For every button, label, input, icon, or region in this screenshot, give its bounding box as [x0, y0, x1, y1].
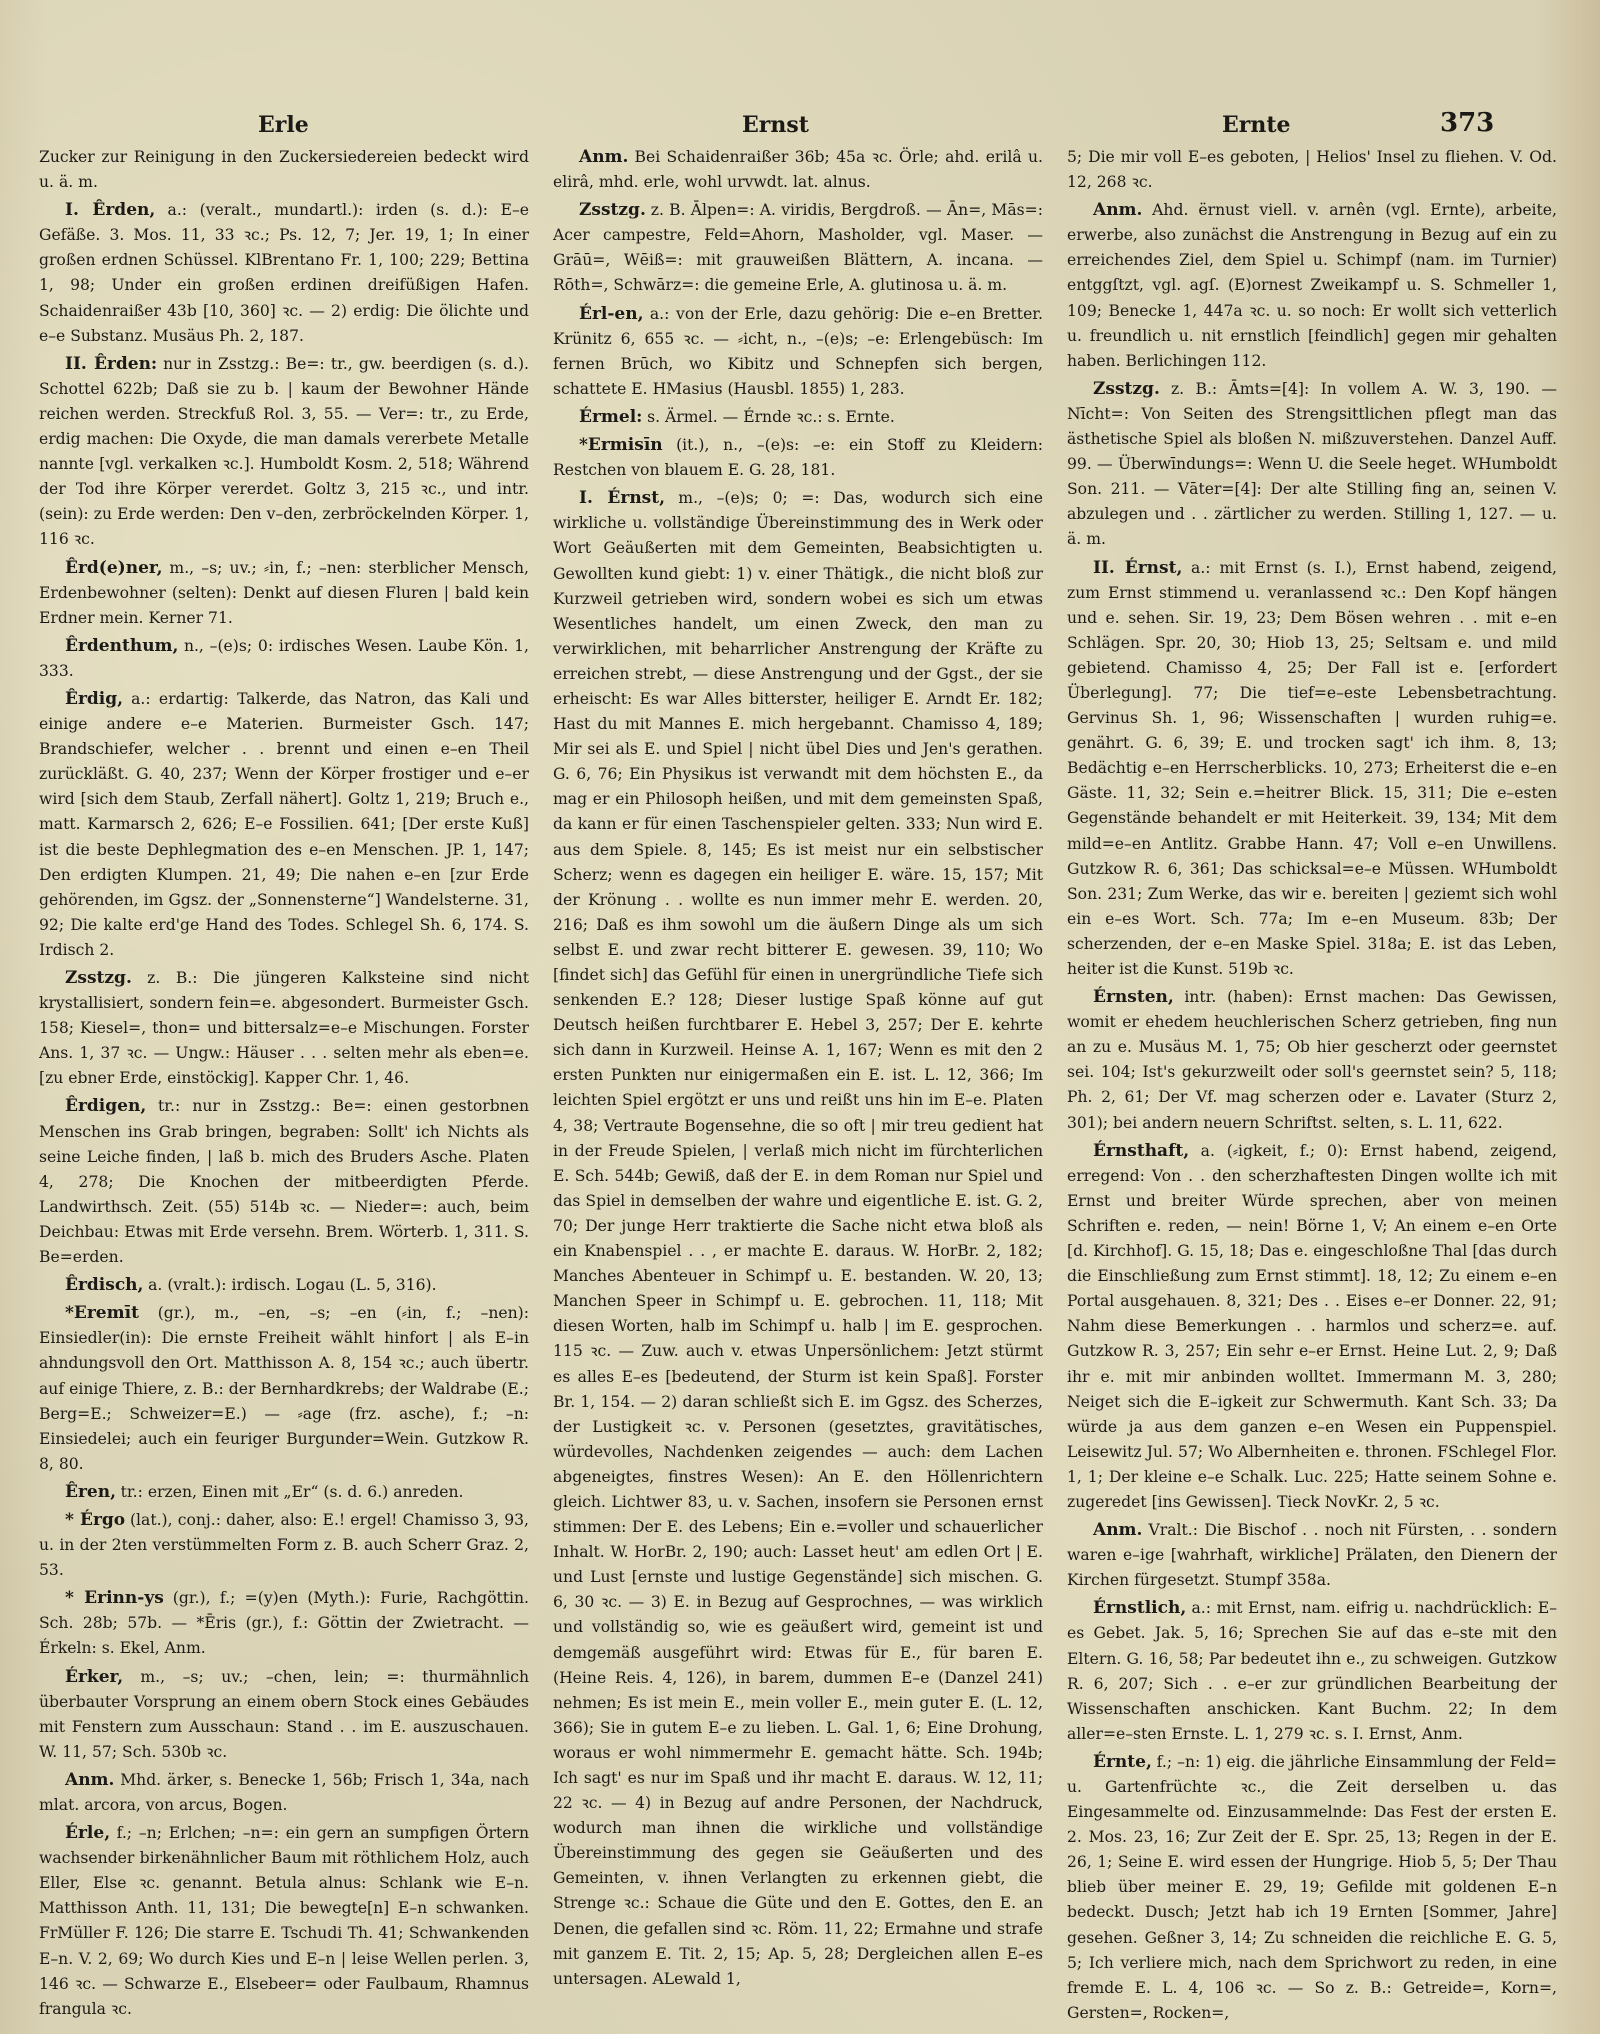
dictionary-entry: Anm. Mhd. ärker, s. Benecke 1, 56b; Fris…	[39, 1768, 529, 1818]
entry-headword: Êrdisch,	[65, 1275, 143, 1295]
entry-headword: Érnsthaft,	[1093, 1141, 1189, 1161]
entry-headword: Êrdig,	[65, 689, 123, 709]
dictionary-entry: Anm. Ahd. ërnust viell. v. arnên (vgl. E…	[1067, 198, 1557, 374]
entry-headword: Érmel:	[579, 407, 642, 427]
guide-word-left: Erle	[258, 112, 309, 138]
entry-headword: Êrdigen,	[65, 1096, 146, 1116]
dictionary-entry: Zucker zur Reinigung in den Zuckersieder…	[39, 145, 529, 195]
dictionary-entry: II. Êrden: nur in Zsstzg.: Be=: tr., gw.…	[39, 352, 529, 553]
entry-headword: Anm.	[579, 147, 628, 167]
entry-text: s. Ärmel. — Érnde ꝛc.: s. Ernte.	[647, 408, 895, 426]
entry-text: f.; –n: 1) eig. die jährliche Einsammlun…	[1067, 1753, 1557, 2022]
page-number: 373	[1440, 108, 1494, 138]
entry-headword: Zsstzg.	[579, 200, 646, 220]
entry-headword: Érker,	[65, 1667, 123, 1687]
entry-headword: *Ermisīn	[579, 435, 663, 455]
dictionary-entry: *Ermisīn (it.), n., –(e)s: –e: ein Stoff…	[553, 433, 1043, 483]
dictionary-entry: Êrdenthum, n., –(e)s; 0: irdisches Wesen…	[39, 634, 529, 684]
dictionary-entry: *Eremīt (gr.), m., –en, –s; –en (⸗in, f.…	[39, 1301, 529, 1477]
entry-headword: I. Érnst,	[579, 488, 665, 508]
entry-headword: Zsstzg.	[65, 968, 132, 988]
entry-headword: Êren,	[65, 1482, 116, 1502]
entry-text: a.: mit Ernst (s. I.), Ernst habend, zei…	[1067, 559, 1557, 979]
column-left: Zucker zur Reinigung in den Zuckersieder…	[34, 145, 534, 2029]
entry-headword: * Érgo	[65, 1510, 125, 1530]
dictionary-entry: Érnsthaft, a. (⸗igkeit, f.; 0): Ernst ha…	[1067, 1139, 1557, 1515]
entry-text: Ahd. ërnust viell. v. arnên (vgl. Ernte)…	[1067, 201, 1557, 370]
column-middle: Anm. Bei Schaidenraißer 36b; 45a ꝛc. Örl…	[548, 145, 1048, 2029]
entry-text: 5; Die mir voll E–es geboten, | Helios' …	[1067, 148, 1557, 191]
dictionary-entry: Êrdig, a.: erdartig: Talkerde, das Natro…	[39, 687, 529, 963]
entry-text: a. (vralt.): irdisch. Logau (L. 5, 316).	[148, 1276, 436, 1294]
entry-headword: Anm.	[65, 1770, 114, 1790]
entry-text: tr.: erzen, Einen mit „Er“ (s. d. 6.) an…	[121, 1483, 464, 1501]
entry-headword: Êrd(e)ner,	[65, 558, 163, 578]
dictionary-entry: Êrdisch, a. (vralt.): irdisch. Logau (L.…	[39, 1273, 529, 1298]
dictionary-entry: Anm. Bei Schaidenraißer 36b; 45a ꝛc. Örl…	[553, 145, 1043, 195]
entry-text: nur in Zsstzg.: Be=: tr., gw. beerdigen …	[39, 355, 529, 549]
dictionary-entry: I. Êrden, a.: (veralt., mundartl.): irde…	[39, 198, 529, 349]
dictionary-entry: II. Érnst, a.: mit Ernst (s. I.), Ernst …	[1067, 556, 1557, 983]
entry-text: m., –(e)s; 0; =: Das, wodurch sich eine …	[553, 489, 1043, 1988]
dictionary-entry: Érmel: s. Ärmel. — Érnde ꝛc.: s. Ernte.	[553, 405, 1043, 430]
dictionary-columns: Zucker zur Reinigung in den Zuckersieder…	[34, 145, 1562, 2029]
entry-headword: Zsstzg.	[1093, 379, 1160, 399]
entry-headword: * Erinn-ys	[65, 1588, 164, 1608]
entry-headword: Érnte,	[1093, 1752, 1152, 1772]
dictionary-entry: * Érgo (lat.), conj.: daher, also: E.! e…	[39, 1508, 529, 1583]
dictionary-entry: 5; Die mir voll E–es geboten, | Helios' …	[1067, 145, 1557, 195]
dictionary-entry: Êren, tr.: erzen, Einen mit „Er“ (s. d. …	[39, 1480, 529, 1505]
entry-headword: Érnsten,	[1093, 987, 1174, 1007]
dictionary-entry: Êrdigen, tr.: nur in Zsstzg.: Be=: einen…	[39, 1094, 529, 1270]
entry-text: f.; –n; Erlchen; –n=: ein gern an sumpfi…	[39, 1824, 529, 2018]
entry-headword: Anm.	[1093, 1520, 1142, 1540]
dictionary-entry: Érl-en, a.: von der Erle, dazu gehörig: …	[553, 302, 1043, 402]
column-right: 5; Die mir voll E–es geboten, | Helios' …	[1062, 145, 1562, 2029]
dictionary-entry: Êrd(e)ner, m., –s; uv.; ⸗in, f.; –nen: s…	[39, 556, 529, 631]
entry-headword: Érle,	[65, 1823, 110, 1843]
entry-text: (gr.), m., –en, –s; –en (⸗in, f.; –nen):…	[39, 1304, 529, 1473]
running-header: Erle Ernst Ernte 373	[0, 104, 1600, 144]
entry-headword: Érnstlich,	[1093, 1598, 1186, 1618]
dictionary-entry: Érnsten, intr. (haben): Ernst machen: Da…	[1067, 985, 1557, 1136]
entry-headword: Anm.	[1093, 200, 1142, 220]
dictionary-entry: Érnte, f.; –n: 1) eig. die jährliche Ein…	[1067, 1750, 1557, 2026]
dictionary-entry: Érle, f.; –n; Erlchen; –n=: ein gern an …	[39, 1821, 529, 2022]
entry-headword: II. Érnst,	[1093, 558, 1182, 578]
dictionary-entry: I. Érnst, m., –(e)s; 0; =: Das, wodurch …	[553, 486, 1043, 1992]
entry-text: a. (⸗igkeit, f.; 0): Ernst habend, zeige…	[1067, 1142, 1557, 1511]
guide-word-center: Ernst	[742, 112, 809, 138]
dictionary-entry: Érnstlich, a.: mit Ernst, nam. eifrig u.…	[1067, 1596, 1557, 1747]
entry-text: a.: mit Ernst, nam. eifrig u. nachdrückl…	[1067, 1599, 1557, 1742]
entry-headword: Érl-en,	[579, 304, 644, 324]
entry-headword: II. Êrden:	[65, 354, 157, 374]
entry-text: intr. (haben): Ernst machen: Das Gewisse…	[1067, 988, 1557, 1131]
entry-text: tr.: nur in Zsstzg.: Be=: einen gestorbn…	[39, 1097, 529, 1266]
entry-headword: Êrdenthum,	[65, 636, 178, 656]
dictionary-entry: Zsstzg. z. B.: Die jüngeren Kalksteine s…	[39, 966, 529, 1091]
entry-text: Zucker zur Reinigung in den Zuckersieder…	[39, 148, 529, 191]
entry-headword: *Eremīt	[65, 1303, 139, 1323]
dictionary-entry: * Erinn-ys (gr.), f.; =(y)en (Myth.): Fu…	[39, 1586, 529, 1661]
dictionary-entry: Érker, m., –s; uv.; –chen, lein; =: thur…	[39, 1665, 529, 1765]
entry-text: a.: (veralt., mundartl.): irden (s. d.):…	[39, 201, 529, 344]
dictionary-entry: Anm. Vralt.: Die Bischof . . noch nit Fü…	[1067, 1518, 1557, 1593]
dictionary-entry: Zsstzg. z. B. Ālpen=: A. viridis, Bergdr…	[553, 198, 1043, 298]
guide-word-right: Ernte	[1222, 112, 1291, 138]
entry-text: z. B.: Āmts=[4]: In vollem A. W. 3, 190.…	[1067, 380, 1557, 549]
entry-headword: I. Êrden,	[65, 200, 155, 220]
dictionary-entry: Zsstzg. z. B.: Āmts=[4]: In vollem A. W.…	[1067, 377, 1557, 553]
entry-text: a.: erdartig: Talkerde, das Natron, das …	[39, 690, 529, 959]
